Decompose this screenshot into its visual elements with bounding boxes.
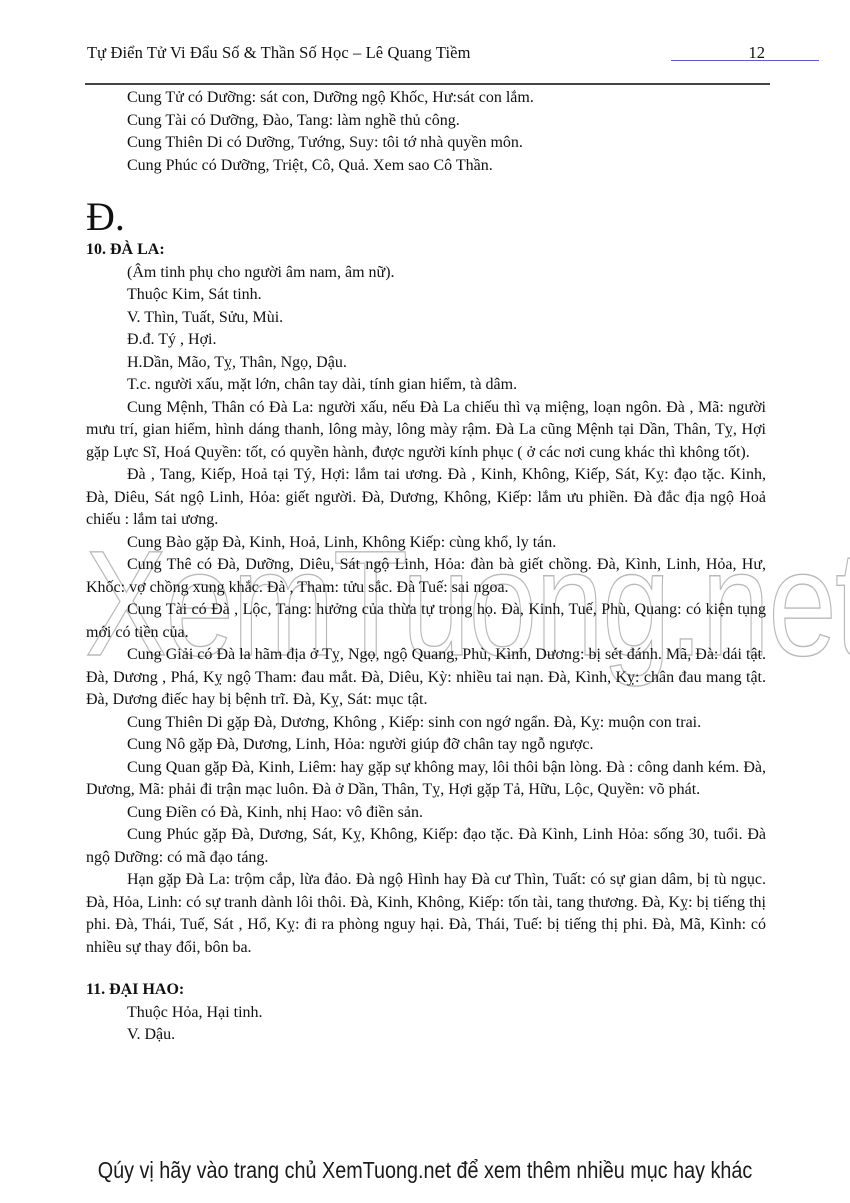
entry-attribute: T.c. người xấu, mặt lớn, chân tay dài, t… — [86, 374, 766, 397]
entry-paragraph: Đà , Tang, Kiếp, Hoả tại Tý, Hợi: lắm ta… — [86, 464, 766, 532]
entry-attribute: Thuộc Hỏa, Hại tinh. — [86, 1002, 766, 1025]
entry-paragraph: Cung Thê có Đà, Dưỡng, Diêu, Sát ngộ Lin… — [86, 554, 766, 599]
spacer — [86, 959, 766, 979]
entry-attribute: (Âm tinh phụ cho người âm nam, âm nữ). — [86, 262, 766, 285]
entry-attribute: H.Dần, Mão, Tỵ, Thân, Ngọ, Dậu. — [86, 352, 766, 375]
entry-paragraph: Cung Mệnh, Thân có Đà La: người xấu, nếu… — [86, 397, 766, 465]
page-header: Tự Điển Tử Vi Đẩu Số & Thần Số Học – Lê … — [87, 43, 767, 67]
header-title: Tự Điển Tử Vi Đẩu Số & Thần Số Học – Lê … — [87, 43, 471, 63]
intro-line: Cung Phúc có Dưỡng, Triệt, Cô, Quả. Xem … — [86, 155, 766, 178]
entry-paragraph: Cung Giải có Đà la hãm địa ở Tỵ, Ngọ, ng… — [86, 644, 766, 712]
entry-title-dai-hao: 11. ĐẠI HAO: — [86, 979, 766, 1002]
entry-title-da-la: 10. ĐÀ LA: — [86, 239, 766, 262]
entry-attribute: Đ.đ. Tý , Hợi. — [86, 329, 766, 352]
page-number: 12 — [749, 43, 766, 63]
entry-paragraph: Cung Bào gặp Đà, Kinh, Hoả, Linh, Không … — [86, 532, 766, 555]
intro-line: Cung Tài có Dưỡng, Đào, Tang: làm nghề t… — [86, 110, 766, 133]
entry-paragraph: Hạn gặp Đà La: trộm cắp, lừa đảo. Đà ngộ… — [86, 869, 766, 959]
intro-line: Cung Thiên Di có Dưỡng, Tướng, Suy: tôi … — [86, 132, 766, 155]
entry-paragraph: Cung Điền có Đà, Kinh, nhị Hao: vô điền … — [86, 802, 766, 825]
section-letter-heading: Đ. — [86, 197, 766, 237]
entry-paragraph: Cung Thiên Di gặp Đà, Dương, Không , Kiế… — [86, 712, 766, 735]
entry-paragraph: Cung Quan gặp Đà, Kinh, Liêm: hay gặp sự… — [86, 757, 766, 802]
header-accent-line — [671, 60, 819, 61]
header-divider — [85, 83, 770, 85]
entry-attribute: V. Thìn, Tuất, Sửu, Mùi. — [86, 307, 766, 330]
page-body: Cung Tử có Dưỡng: sát con, Dưỡng ngộ Khố… — [86, 87, 766, 1047]
entry-attribute: Thuộc Kim, Sát tinh. — [86, 284, 766, 307]
intro-line: Cung Tử có Dưỡng: sát con, Dưỡng ngộ Khố… — [86, 87, 766, 110]
footer-promo-text: Qúy vị hãy vào trang chủ XemTuong.net để… — [60, 1157, 791, 1184]
entry-paragraph: Cung Nô gặp Đà, Dương, Linh, Hỏa: người … — [86, 734, 766, 757]
entry-attribute: V. Dậu. — [86, 1024, 766, 1047]
entry-paragraph: Cung Phúc gặp Đà, Dương, Sát, Kỵ, Không,… — [86, 824, 766, 869]
entry-paragraph: Cung Tài có Đà , Lộc, Tang: hưởng của th… — [86, 599, 766, 644]
